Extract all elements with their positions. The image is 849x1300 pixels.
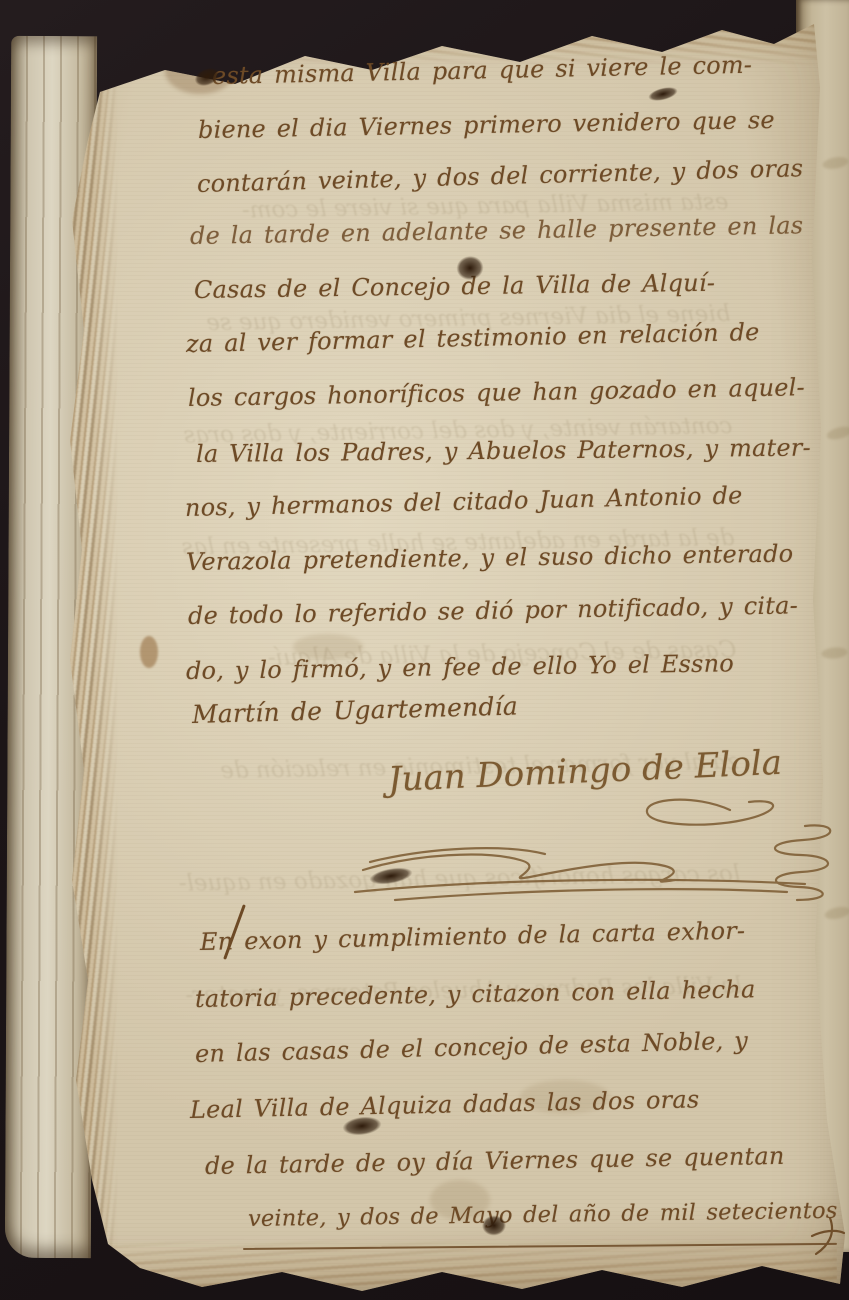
text-line: biene el dia Viernes primero venidero qu… (198, 106, 775, 144)
text-line: de todo lo referido se dió por notificad… (188, 591, 798, 630)
text-line: za al ver formar el testimonio en relaci… (186, 318, 760, 358)
underline-stroke (243, 1243, 837, 1250)
text-line: de la tarde de oy día Viernes que se que… (205, 1142, 785, 1180)
text-line: Verazola pretendiente, y el suso dicho e… (186, 540, 794, 576)
text-line: en las casas de el concejo de esta Noble… (195, 1026, 749, 1068)
text-line: de la tarde en adelante se halle present… (190, 211, 804, 250)
signature-rubric-flourish (335, 792, 840, 907)
text-line: do, y lo firmó, y en fee de ello Yo el E… (186, 649, 734, 685)
text-line: Leal Villa de Alquiza dadas las dos oras (190, 1085, 700, 1124)
text-line: la Villa los Padres, y Abuelos Paternos,… (196, 434, 811, 468)
text-line: contarán veinte, y dos del corriente, y … (197, 154, 804, 198)
handwritten-text: esta misma Villa para que si viere le co… (0, 0, 849, 1300)
scribe-signoff: Martín de Ugartemendía (192, 691, 519, 729)
text-line: nos, y hermanos del citado Juan Antonio … (185, 481, 743, 522)
photographed-manuscript: esta misma Villa para que si viere le co… (0, 0, 849, 1300)
text-line: veinte, y dos de Mayo del año de mil set… (248, 1198, 838, 1232)
underline-end-flourish (810, 1212, 846, 1258)
text-line: los cargos honoríficos que han gozado en… (188, 373, 805, 412)
ink-blot (642, 81, 685, 106)
text-line: En exon y cumplimiento de la carta exhor… (200, 917, 746, 956)
text-line: tatoria precedente, y citazon con ella h… (195, 975, 756, 1013)
ink-blot (477, 1211, 511, 1240)
